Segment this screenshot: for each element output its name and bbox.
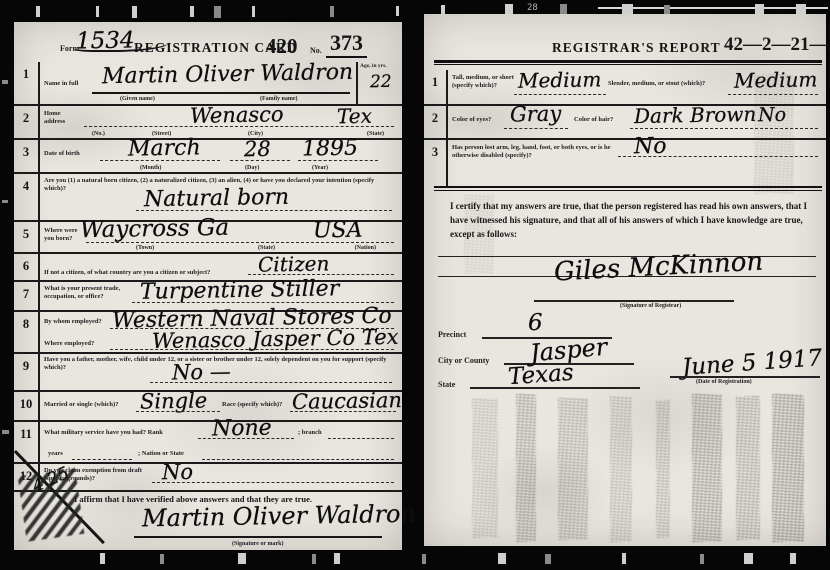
dependents-answer: No —: [172, 359, 231, 384]
row-number: 3: [14, 140, 40, 172]
exemption-answer: No: [162, 460, 193, 485]
film-sprocket-mark: [330, 6, 334, 17]
occupation-label: What is your present trade, occupation, …: [44, 285, 124, 301]
dob-year-answer: 1895: [302, 136, 358, 162]
row-military-service: 11 What military service have you had? R…: [14, 422, 402, 464]
row-number: 1: [424, 70, 448, 104]
hair-label: Color of hair?: [574, 116, 613, 124]
film-sprocket-mark: [312, 554, 316, 564]
row-dependents: 9 Have you a father, mother, wife, child…: [14, 354, 402, 392]
employer-label: By whom employed?: [44, 318, 102, 326]
date-caption: (Date of Registration): [696, 379, 752, 385]
answer-line: [202, 459, 394, 460]
age-box: Age, in yrs. 22: [356, 62, 402, 104]
row-birthplace: 5 Where were you born? Waycross Ga USA (…: [14, 222, 402, 254]
answer-line: [514, 94, 606, 95]
bald-answer: No: [758, 104, 786, 126]
registration-rows: 1 Name in full Martin Oliver Waldron (Gi…: [14, 62, 402, 492]
no-label: No.: [310, 46, 322, 56]
row-number: 3: [424, 140, 448, 186]
eyes-answer: Gray: [510, 102, 562, 127]
citizen-country-answer: Citizen: [258, 251, 330, 276]
film-sprocket-mark: [2, 80, 8, 84]
row-number: 4: [14, 174, 40, 220]
report-code: 42—2—21—A: [724, 34, 830, 56]
ink-bleed-streak: [472, 398, 498, 538]
film-sprocket-mark: [545, 554, 551, 564]
build-label: Slender, medium, or stout (which)?: [608, 80, 718, 88]
film-sprocket-mark: [422, 554, 426, 564]
registrar-signature: Giles McKinnon: [553, 247, 764, 288]
registrant-signature: Martin Oliver Waldron: [142, 500, 416, 533]
film-sprocket-mark: [160, 554, 164, 564]
row-height-build: 1 Tall, medium, or short (specify which)…: [424, 70, 826, 106]
age-answer: 22: [370, 72, 392, 92]
answer-line: [328, 438, 394, 439]
film-sprocket-mark: [252, 6, 255, 17]
row-date-of-birth: 3 Date of birth March 28 1895 (Month) (D…: [14, 140, 402, 174]
ink-bleed-streak: [516, 394, 536, 542]
row-number: 2: [424, 106, 448, 138]
citizen-country-label: If not a citizen, of what country are yo…: [44, 269, 210, 277]
military-rank-answer: None: [212, 415, 272, 441]
film-sprocket-mark: [132, 6, 137, 18]
row-name: 1 Name in full Martin Oliver Waldron (Gi…: [14, 62, 402, 106]
home-address-label: Home address: [44, 110, 78, 126]
film-sprocket-mark: [36, 6, 40, 17]
report-title: REGISTRAR'S REPORT: [552, 40, 721, 56]
nation-state-label: ; Nation or State: [138, 450, 184, 458]
row-number: 9: [14, 354, 40, 390]
state-label: State: [438, 380, 455, 390]
film-sprocket-mark: [96, 6, 99, 17]
occupation-answer: Turpentine Stiller: [140, 276, 340, 304]
height-answer: Medium: [518, 67, 602, 92]
film-sprocket-mark: [190, 6, 194, 17]
answer-line: [290, 411, 396, 412]
film-sprocket-mark: [498, 553, 506, 564]
ink-bleed-streak: [772, 394, 804, 542]
row-number: 2: [14, 106, 40, 138]
film-sprocket-mark: [396, 6, 399, 16]
ink-bleed-streak: [656, 400, 670, 538]
where-employed-answer: Wenasco Jasper Co Tex: [152, 325, 399, 353]
branch-label: ; branch: [298, 429, 322, 437]
row-number: 7: [14, 282, 40, 310]
answer-line: [72, 459, 132, 460]
answer-line: [504, 128, 568, 129]
row-disability: 3 Has person lost arm, leg, hand, foot, …: [424, 140, 826, 186]
given-name-sublabel: (Given name): [120, 96, 155, 102]
row-number: 1: [14, 62, 40, 104]
date-line: [670, 376, 820, 378]
row-eyes-hair: 2 Color of eyes? Gray Color of hair? Dar…: [424, 106, 826, 140]
registrars-report-card: REGISTRAR'S REPORT 42—2—21—A 1 Tall, med…: [424, 14, 826, 546]
row-number: 5: [14, 222, 40, 252]
hair-answer: Dark Brown: [634, 102, 757, 128]
signature-line: [134, 536, 382, 538]
nation-sublabel: (Nation): [355, 245, 376, 251]
age-label: Age, in yrs.: [360, 63, 387, 70]
certification-text: I certify that my answers are true, that…: [450, 200, 810, 242]
precinct-label: Precinct: [438, 330, 466, 340]
answer-line: [136, 411, 220, 412]
name-answer: Martin Oliver Waldron: [102, 60, 354, 89]
birth-nation-answer: USA: [312, 218, 362, 244]
row-number: 6: [14, 254, 40, 280]
signature-line: [534, 300, 734, 302]
month-sublabel: (Month): [140, 165, 161, 171]
ink-bleed-streak: [736, 396, 760, 540]
registrar-signature-caption: (Signature of Registrar): [620, 303, 681, 309]
row-employer: 8 By whom employed? Western Naval Stores…: [14, 312, 402, 354]
ink-bleed-streak: [558, 398, 588, 540]
film-sprocket-mark: [214, 6, 221, 18]
film-sprocket-mark: [622, 553, 626, 564]
state-sublabel: (State): [367, 131, 384, 137]
dob-month-answer: March: [128, 135, 201, 161]
registration-card: Form 1534 REGISTRATION CARD 420 No. 373 …: [14, 22, 402, 550]
height-label: Tall, medium, or short (specify which)?: [452, 74, 514, 90]
row-exemption: 12 Do you claim exemption from draft (sp…: [14, 464, 402, 492]
precinct-answer: 6: [528, 310, 543, 336]
home-city-answer: Wenasco: [190, 102, 284, 128]
years-label: years: [48, 450, 63, 458]
build-answer: Medium: [734, 67, 818, 92]
marital-label: Married or single (which)?: [44, 401, 118, 409]
row-number: 8: [14, 312, 40, 352]
stamp-number: 420: [266, 34, 298, 59]
eyes-label: Color of eyes?: [452, 116, 491, 124]
state-sublabel: (State): [258, 245, 275, 251]
answer-line: [630, 128, 818, 129]
dob-label: Date of birth: [44, 150, 80, 158]
signature-caption: (Signature or mark): [232, 541, 283, 547]
film-frame-number: 28: [527, 3, 538, 13]
day-sublabel: (Day): [245, 165, 259, 171]
film-sprocket-mark: [2, 200, 8, 203]
ink-bleed-streak: [610, 396, 632, 542]
year-sublabel: (Year): [312, 165, 328, 171]
answer-line: [92, 92, 350, 94]
birthplace-answer: Waycross Ga: [80, 215, 230, 244]
state-line: [470, 387, 640, 389]
race-label: Race (specify which)?: [222, 401, 282, 409]
card-number: 373: [326, 30, 367, 58]
town-sublabel: (Town): [136, 245, 154, 251]
answer-line: [728, 94, 818, 95]
ink-bleed-streak: [692, 394, 722, 542]
header-rule: [434, 60, 822, 65]
citizenship-answer: Natural born: [144, 185, 289, 213]
film-sprocket-mark: [334, 553, 340, 564]
film-sprocket-mark: [790, 553, 796, 564]
disability-label: Has person lost arm, leg, hand, foot, or…: [452, 144, 612, 160]
report-rows: 1 Tall, medium, or short (specify which)…: [424, 70, 826, 186]
row-number: 10: [14, 392, 40, 420]
dob-day-answer: 28: [244, 137, 271, 161]
answer-line: [248, 274, 394, 275]
no-sublabel: (No.): [92, 131, 105, 137]
marital-answer: Single: [140, 388, 208, 413]
section-rule: [434, 186, 822, 191]
scanned-draft-card-page: { "film": { "frame_number": "28" }, "reg…: [0, 0, 830, 570]
state-answer: Texas: [507, 360, 574, 391]
film-sprocket-mark: [744, 553, 753, 564]
city-county-label: City or County: [438, 356, 489, 366]
affirmation-block: I affirm that I have verified above answ…: [14, 492, 402, 550]
home-state-answer: Tex: [337, 104, 372, 129]
row-marital-race: 10 Married or single (which)? Single Rac…: [14, 392, 402, 422]
where-employed-label: Where employed?: [44, 340, 94, 348]
film-sprocket-mark: [238, 553, 246, 564]
film-sprocket-mark: [100, 553, 105, 564]
film-sprocket-mark: [2, 430, 9, 434]
family-name-sublabel: (Family name): [260, 96, 298, 102]
military-label: What military service have you had? Rank: [44, 429, 163, 437]
disability-answer: No: [634, 134, 667, 160]
film-sprocket-mark: [700, 554, 704, 564]
name-label: Name in full: [44, 80, 84, 88]
